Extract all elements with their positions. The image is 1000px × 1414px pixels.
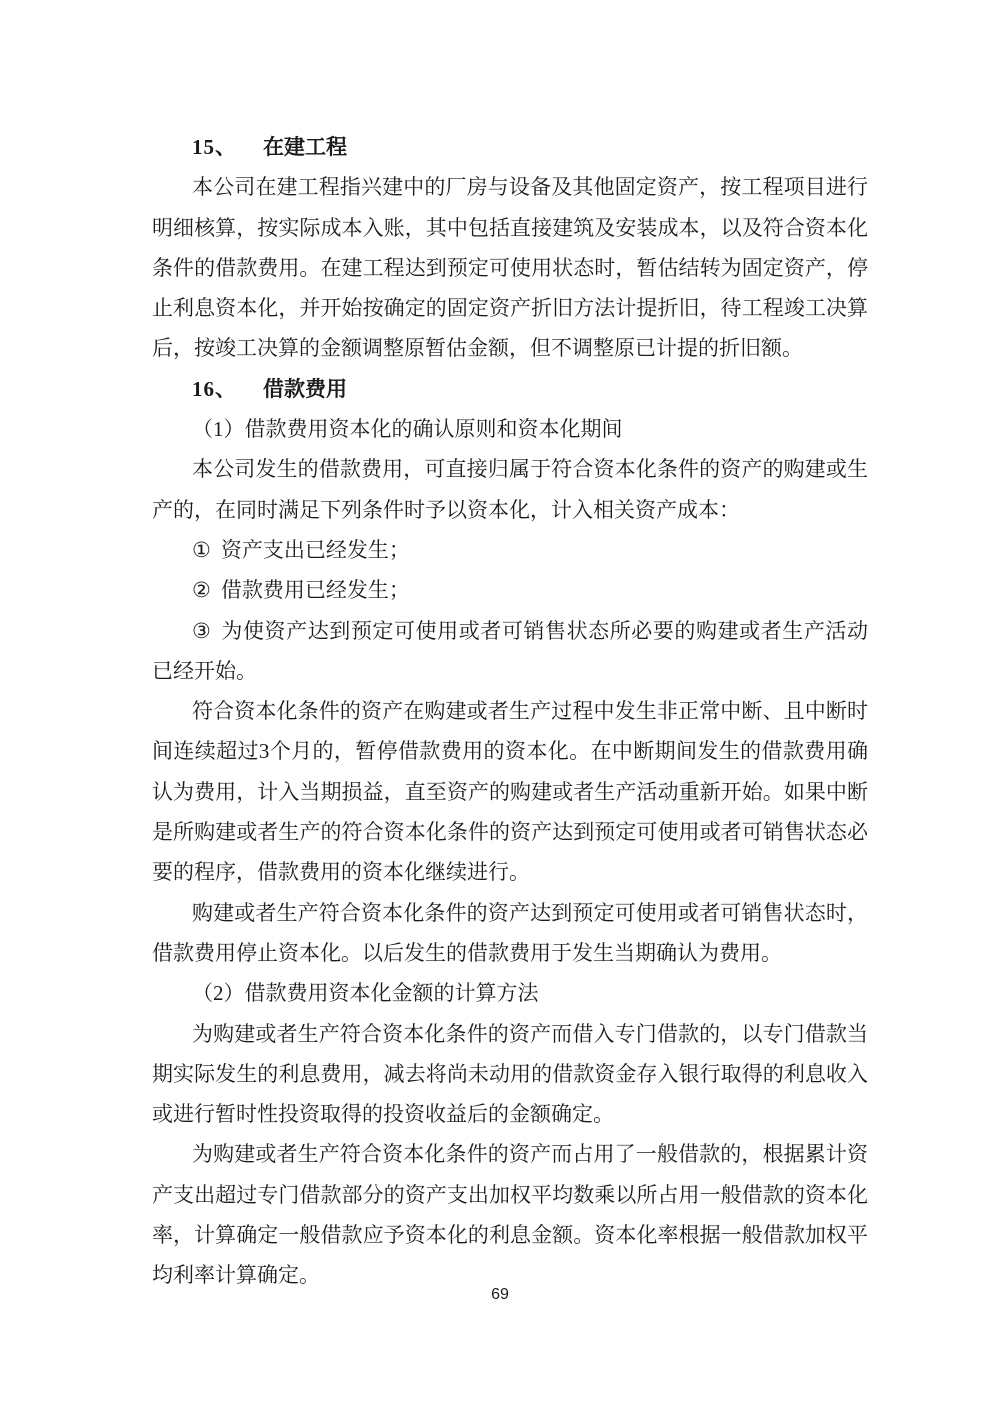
list-item-condition-1: ①资产支出已经发生； <box>152 530 868 570</box>
list-item-text: 为使资产达到预定可使用或者可销售状态所必要的购建或者生产活动已经开始。 <box>152 619 868 683</box>
paragraph-capitalization-conditions-intro: 本公司发生的借款费用，可直接归属于符合资本化条件的资产的购建或生产的，在同时满足… <box>152 449 868 530</box>
section-heading-construction-in-progress: 15、在建工程 <box>152 127 868 167</box>
document-content: 15、在建工程 本公司在建工程指兴建中的厂房与设备及其他固定资产，按工程项目进行… <box>152 127 868 1296</box>
section-number: 16、 <box>192 377 237 401</box>
section-heading-borrowing-costs: 16、借款费用 <box>152 369 868 409</box>
list-item-text: 借款费用已经发生； <box>221 578 410 602</box>
page-footer: 69 <box>0 1286 1000 1304</box>
page-number: 69 <box>491 1286 509 1303</box>
document-page: 15、在建工程 本公司在建工程指兴建中的厂房与设备及其他固定资产，按工程项目进行… <box>0 0 1000 1414</box>
paragraph-capitalization-cessation: 购建或者生产符合资本化条件的资产达到预定可使用或者可销售状态时，借款费用停止资本… <box>152 893 868 974</box>
paragraph-cip-policy: 本公司在建工程指兴建中的厂房与设备及其他固定资产，按工程项目进行明细核算，按实际… <box>152 167 868 368</box>
section-title: 在建工程 <box>263 135 347 159</box>
paragraph-abnormal-interruption: 符合资本化条件的资产在购建或者生产过程中发生非正常中断、且中断时间连续超过3个月… <box>152 691 868 892</box>
list-item-condition-3: ③为使资产达到预定可使用或者可销售状态所必要的购建或者生产活动已经开始。 <box>152 611 868 692</box>
subheading-capitalization-principle: （1）借款费用资本化的确认原则和资本化期间 <box>152 409 868 449</box>
circled-number-1-marker: ① <box>192 538 211 562</box>
list-item-condition-2: ②借款费用已经发生； <box>152 570 868 610</box>
section-number: 15、 <box>192 135 237 159</box>
section-title: 借款费用 <box>263 377 347 401</box>
subheading-capitalization-amount-method: （2）借款费用资本化金额的计算方法 <box>152 973 868 1013</box>
list-item-text: 资产支出已经发生； <box>221 538 410 562</box>
paragraph-general-borrowings: 为购建或者生产符合资本化条件的资产而占用了一般借款的，根据累计资产支出超过专门借… <box>152 1134 868 1295</box>
circled-number-2-marker: ② <box>192 578 211 602</box>
circled-number-3-marker: ③ <box>192 619 211 643</box>
paragraph-specific-borrowings: 为购建或者生产符合资本化条件的资产而借入专门借款的，以专门借款当期实际发生的利息… <box>152 1014 868 1135</box>
